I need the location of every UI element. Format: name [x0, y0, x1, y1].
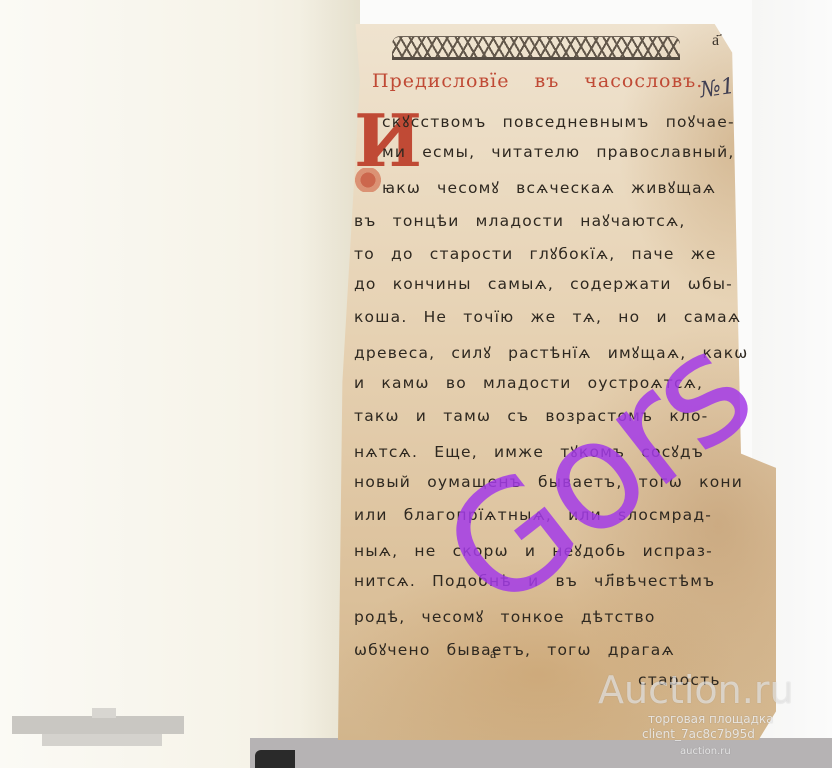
- pixelated-redaction: [12, 708, 184, 752]
- page-title: Предисловїе въ часословъ.: [372, 70, 703, 92]
- table-surface: [250, 738, 832, 768]
- text-line: ꙗкѡ чесомꙋ всѧческаѧ живꙋщаѧ: [382, 176, 716, 198]
- book-cover-corner: [255, 750, 295, 768]
- text-line: до кончины самыѧ, содержати ѡбы-: [354, 275, 733, 293]
- text-line: то до старости глꙋбокїѧ, паче же: [354, 242, 717, 264]
- signature-mark: а҃: [490, 646, 496, 663]
- text-line: въ тонцѣи младости наꙋчаютсѧ,: [354, 209, 686, 231]
- text-line: ѡбꙋчено бываетъ, тогѡ драгаѧ: [354, 638, 675, 660]
- text-line: скꙋсствомъ повседневнымъ поꙋчае-: [382, 110, 735, 132]
- watermark-auction: Auction.ru: [598, 668, 794, 712]
- headpiece-ornament: [392, 36, 680, 60]
- watermark-subtitle: торговая площадка: [648, 712, 773, 726]
- text-line: ми есмы, читателю православный,: [382, 143, 734, 161]
- handwritten-note: №1: [698, 74, 736, 104]
- initial-ornament-icon: [354, 168, 382, 192]
- folio-number: а҃: [712, 30, 719, 50]
- watermark-client: client_7ac8c7b95d: [642, 727, 755, 741]
- watermark-domain: auction.ru: [680, 746, 731, 757]
